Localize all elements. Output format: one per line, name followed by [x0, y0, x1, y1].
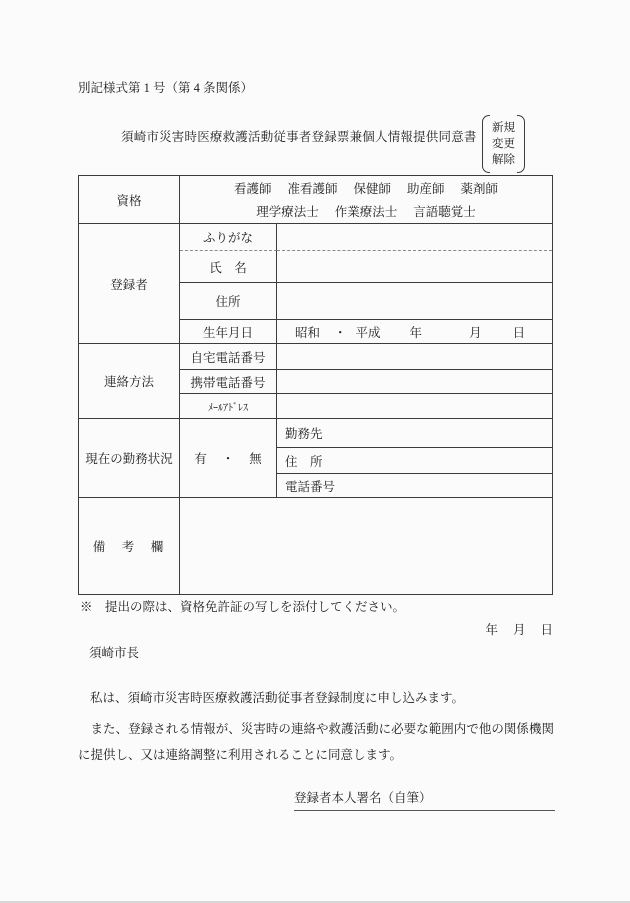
address-input-cell [277, 283, 552, 320]
mobile-phone-label: 携帯電話番号 [180, 370, 277, 394]
mobile-phone-input-cell [277, 370, 552, 394]
form-number: 別記様式第 1 号（第 4 条関係） [78, 81, 253, 96]
qualification-assistant-nurse: 准看護師 [287, 179, 337, 197]
registrant-label: 登録者 [79, 224, 180, 344]
date-year-label: 年 [485, 623, 498, 638]
name-input-cell [277, 251, 552, 283]
signature-line: 登録者本人署名（自筆） [294, 791, 555, 811]
day-label: 日 [513, 323, 526, 341]
form-title: 須崎市災害時医療救護活動従事者登録票兼個人情報提供同意書 [121, 130, 477, 145]
qualification-midwife: 助産師 [407, 179, 445, 197]
addressee: 須崎市長 [89, 646, 139, 661]
email-input-cell [277, 394, 552, 419]
birthdate-label: 生年月日 [180, 320, 277, 344]
workplace-phone-label: 電話番号 [277, 474, 552, 498]
qualification-nurse: 看護師 [234, 179, 272, 197]
status-option-new: 新規 [492, 120, 515, 136]
qualification-options-row1: 看護師 准看護師 保健師 助産師 薬剤師 [234, 179, 498, 197]
era-showa: 昭和 [295, 323, 320, 341]
furigana-label: ふりがな [180, 224, 277, 251]
registration-table: 資格 看護師 准看護師 保健師 助産師 薬剤師 理学療法士 作業療法士 言語聴覚… [78, 175, 553, 595]
employment-separator-dot: ・ [222, 449, 235, 467]
attachment-note: ※ 提出の際は、資格免許証の写しを添付してください。 [80, 600, 405, 615]
status-option-cancel: 解除 [492, 152, 515, 168]
status-option-change: 変更 [492, 136, 515, 152]
home-phone-label: 自宅電話番号 [180, 344, 277, 370]
employment-no: 無 [249, 449, 262, 467]
date-day-label: 日 [540, 623, 553, 638]
qualification-pharmacist: 薬剤師 [461, 179, 499, 197]
status-bracket: 新規 変更 解除 [482, 115, 525, 173]
birthdate-input-cell: 昭和 ・ 平成 年 月 日 [277, 320, 552, 344]
qualification-label: 資格 [79, 176, 180, 224]
qualification-public-health-nurse: 保健師 [353, 179, 391, 197]
employment-yes-no-cell: 有 ・ 無 [180, 419, 277, 498]
application-sentence: 私は、須崎市災害時医療救護活動従事者登録制度に申し込みます。 [90, 691, 464, 706]
year-label: 年 [410, 323, 423, 341]
employment-status-label: 現在の勤務状況 [79, 419, 180, 498]
qualification-options-cell: 看護師 准看護師 保健師 助産師 薬剤師 理学療法士 作業療法士 言語聴覚士 [180, 176, 552, 224]
era-heisei: 平成 [356, 323, 381, 341]
era-separator-dot: ・ [334, 323, 347, 341]
qualification-physical-therapist: 理学療法士 [256, 202, 319, 220]
furigana-input-cell [277, 224, 552, 251]
qualification-occupational-therapist: 作業療法士 [335, 202, 398, 220]
home-phone-input-cell [277, 344, 552, 370]
address-label: 住所 [180, 283, 277, 320]
qualification-options-row2: 理学療法士 作業療法士 言語聴覚士 [256, 202, 476, 220]
month-label: 月 [469, 323, 482, 341]
name-label: 氏 名 [180, 251, 277, 283]
employment-yes: 有 [194, 449, 207, 467]
remarks-label: 備 考 欄 [79, 498, 180, 594]
workplace-label: 勤務先 [277, 419, 552, 448]
remarks-input-cell [180, 498, 552, 594]
date-month-label: 月 [513, 623, 526, 638]
date-line: 年 月 日 [485, 623, 553, 638]
qualification-speech-therapist: 言語聴覚士 [413, 202, 476, 220]
workplace-address-label: 住 所 [277, 448, 552, 474]
consent-sentence: また、登録される情報が、災害時の連絡や救護活動に必要な範囲内で他の関係機関に提供… [78, 716, 554, 768]
email-label: ﾒｰﾙｱﾄﾞﾚｽ [180, 394, 277, 419]
contact-method-label: 連絡方法 [79, 344, 180, 419]
